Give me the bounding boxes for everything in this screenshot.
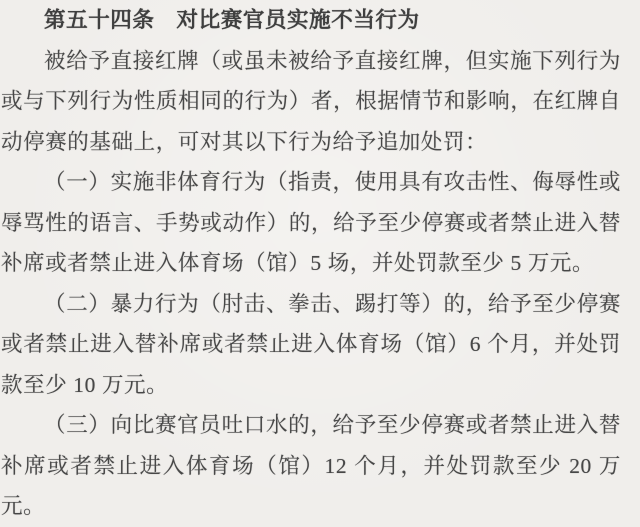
article-title: 对比赛官员实施不当行为 (177, 8, 420, 32)
article-clause-2: （二）暴力行为（肘击、拳击、踢打等）的，给予至少停赛或者禁止进入替补席或者禁止进… (1, 284, 621, 406)
article-intro-paragraph: 被给予直接红牌（或虽未被给予直接红牌，但实施下列行为或与下列行为性质相同的行为）… (1, 41, 621, 163)
document-page: 第五十四条对比赛官员实施不当行为 被给予直接红牌（或虽未被给予直接红牌，但实施下… (0, 0, 640, 527)
article-clause-1: （一）实施非体育行为（指责，使用具有攻击性、侮辱性或辱骂性的语言、手势或动作）的… (1, 162, 621, 284)
article-clause-3: （三）向比赛官员吐口水的，给予至少停赛或者禁止进入替补席或者禁止进入体育场（馆）… (1, 405, 621, 527)
article-heading: 第五十四条对比赛官员实施不当行为 (1, 0, 621, 41)
article-number: 第五十四条 (44, 8, 155, 32)
